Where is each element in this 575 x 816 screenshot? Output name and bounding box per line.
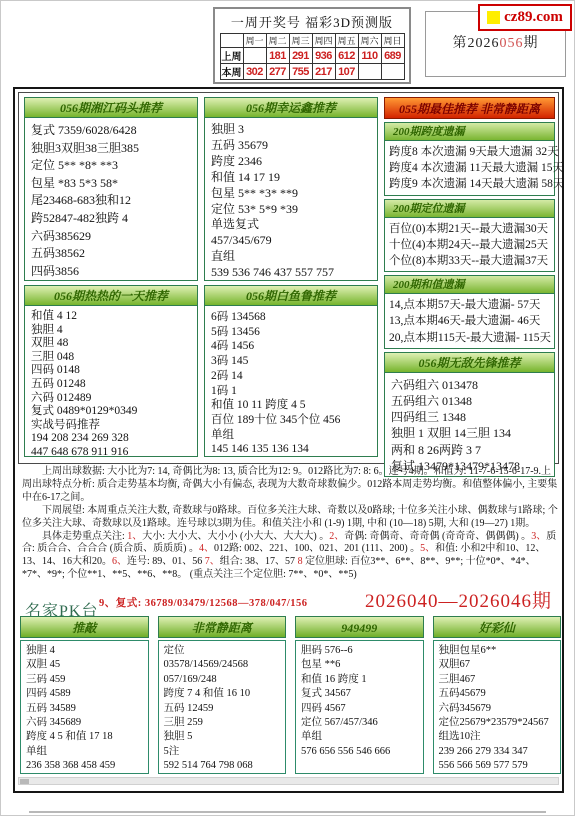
text-line: 592 514 764 798 068 [164, 759, 281, 773]
section-body: 百位(0)本期21天--最大遗漏30天十位(4)本期24天--最大遗漏25天个位… [385, 218, 554, 272]
text-line: 五码 35679 [211, 138, 371, 154]
text-line: 457/345/679 [211, 233, 371, 249]
box-xingyunxin: 056期幸运鑫推荐 独胆 3五码 35679跨度 2346和值 14 17 19… [204, 97, 378, 281]
analysis-paragraph: 上周出球数据: 大小比为7: 14, 奇偶比为8: 13, 质合比为12: 9。… [22, 466, 559, 505]
box-body: 6码 1345685码 134564码 14563码 1452码 141码 1和… [205, 306, 377, 457]
text-line: 十位(4)本期24天--最大遗漏25天 [389, 237, 550, 253]
text-line: 145 146 135 136 134 [211, 442, 371, 457]
experts-row: 推敲 独胆 4双胆 45三码 459四码 4589五码 34589六码 3456… [20, 616, 561, 774]
text-line: 单组 [26, 745, 143, 759]
table-cell [381, 64, 404, 80]
text-line: 四码组三 1348 [391, 409, 548, 425]
table-cell: 周一 [243, 34, 266, 48]
text-line: 五码组六 01348 [391, 393, 548, 409]
text-line: 独胆 4 [31, 324, 191, 338]
box-baiyulu: 056期白鱼鲁推荐 6码 1345685码 134564码 14563码 145… [204, 285, 378, 457]
text-line: 复式 34567 [301, 687, 418, 701]
column-right: 055期最佳推荐 非常静距离 200期跨度遗漏 跨度8 本次遗漏 9天最大遗漏 … [384, 97, 555, 481]
row-label: 本周 [220, 64, 243, 80]
text-line: 跨度4 本次遗漏 11天最大遗漏 15天 [389, 160, 550, 176]
text-line: 包星 5** *3* **9 [211, 186, 371, 202]
text-line: 六码385629 [31, 228, 191, 246]
table-cell: 周三 [289, 34, 312, 48]
text-segment: 6、 [112, 556, 127, 567]
text-segment: 012路: 002、221、100、021、201 (111、200) 。 [214, 543, 420, 554]
text-line: 5码 13456 [211, 325, 371, 340]
column-middle: 056期幸运鑫推荐 独胆 3五码 35679跨度 2346和值 14 17 19… [204, 97, 378, 461]
text-line: 五码45679 [439, 687, 556, 701]
text-line: 百位 189十位 345个位 456 [211, 413, 371, 428]
box-title: 056期湘江码头推荐 [25, 98, 197, 118]
main-frame: 056期湘江码头推荐 复式 7359/6028/6428独胆3双胆38三胆385… [13, 87, 564, 793]
scrollbar-thumb[interactable] [20, 779, 29, 784]
box-title: 056期白鱼鲁推荐 [205, 286, 377, 306]
text-line: 双胆 45 [26, 658, 143, 672]
row-label: 上周 [220, 48, 243, 64]
expert-body: 独胆包星6**双胆67三胆467五码45679六码345679定位25679*2… [433, 640, 562, 774]
text-line: 六码 345689 [26, 716, 143, 730]
text-line: 跨度 4 5 和值 17 18 [26, 730, 143, 744]
issue-range: 2026040—2026046期 [365, 586, 552, 613]
expert-body: 独胆 4双胆 45三码 459四码 4589五码 34589六码 345689跨… [20, 640, 149, 774]
weekly-results-title: 一周开奖号 福彩3D预测版 [218, 12, 406, 31]
text-line: 5注 [164, 745, 281, 759]
text-line: 539 536 746 437 557 757 [211, 265, 371, 281]
text-segment: 大小: 大小大、大小小 (小大大、大大大) 。 [142, 531, 329, 542]
text-line: 单组 [211, 428, 371, 443]
section-title: 200期跨度遗漏 [385, 123, 554, 141]
table-row-this-week: 本周 302277755217107 [220, 64, 404, 80]
text-line: 236 358 368 458 459 [26, 759, 143, 773]
table-cell: 181 [266, 48, 289, 64]
text-line: 独胆 3 [211, 122, 371, 138]
text-line: 双胆 48 [31, 337, 191, 351]
text-line: 和值 16 跨度 1 [301, 673, 418, 687]
text-segment: 2、 [329, 531, 344, 542]
section-sum-omission: 200期和值遗漏 14,点本期57天-最大遗漏- 57天13,点本期46天-最大… [384, 275, 555, 349]
text-line: 复式 7359/6028/6428 [31, 122, 191, 140]
box-body: 独胆 3五码 35679跨度 2346和值 14 17 19包星 5** *3*… [205, 118, 377, 281]
text-line: 057/169/248 [164, 673, 281, 687]
text-line: 单选复式 [211, 217, 371, 233]
text-line: 百位(0)本期21天--最大遗漏30天 [389, 221, 550, 237]
best-panel-title: 055期最佳推荐 非常静距离 [384, 97, 555, 119]
text-line: 五码 12459 [164, 702, 281, 716]
text-line: 四码 0148 [31, 364, 191, 378]
text-line: 三胆 259 [164, 716, 281, 730]
text-line: 556 566 569 577 579 [439, 759, 556, 773]
expert-body: 定位03578/14569/24568057/169/248跨度 7 4 和值 … [158, 640, 287, 774]
text-line: 个位(8)本期33天--最大遗漏37天 [389, 253, 550, 269]
text-line: 20,点本期115天-最大遗漏- 115天 [389, 330, 550, 346]
section-position-omission: 200期定位遗漏 百位(0)本期21天--最大遗漏30天十位(4)本期24天--… [384, 199, 555, 273]
issue-number: 第2026056期 [426, 32, 565, 52]
table-cell [243, 48, 266, 64]
table-cell: 周六 [358, 34, 381, 48]
text-line: 定位 [164, 644, 281, 658]
box-body: 和值 4 12独胆 4双胆 48三胆 048四码 0148五码 01248六码 … [25, 306, 197, 457]
section-span-omission: 200期跨度遗漏 跨度8 本次遗漏 9天最大遗漏 32天跨度4 本次遗漏 11天… [384, 122, 555, 196]
expert-box-feichangjingjuli: 非常静距离 定位03578/14569/24568057/169/248跨度 7… [158, 616, 287, 774]
analysis-text: 上周出球数据: 大小比为7: 14, 奇偶比为8: 13, 质合比为12: 9。… [22, 466, 559, 582]
text-line: 跨度9 本次遗漏 14天最大遗漏 58天 [389, 176, 550, 192]
analysis-paragraph: 下周展望: 本周重点关注大数, 奇数球与0路球。百位多关注大球、奇数以及0路球;… [22, 505, 559, 531]
text-line: 独胆 5 [164, 730, 281, 744]
text-segment: 奇偶: 奇偶奇、奇奇偶 (奇奇奇、偶偶偶) 。 [344, 531, 531, 542]
text-line: 直组 [211, 249, 371, 265]
expert-name: 好彩仙 [433, 616, 562, 638]
text-line: 单组 [301, 730, 418, 744]
logo-square-icon [487, 11, 500, 24]
bottom-divider [29, 811, 546, 813]
weekly-results-table: 周一周二周三周四周五周六周日 上周 181291936612110689 本周 … [220, 33, 405, 80]
box-rere: 056期热热的一天推荐 和值 4 12独胆 4双胆 48三胆 048四码 014… [24, 285, 198, 457]
text-line: 定位 5** *8* **3 [31, 157, 191, 175]
text-line: 独胆包星6** [439, 644, 556, 658]
text-segment: 1、 [127, 531, 142, 542]
text-line: 五码 01248 [31, 378, 191, 392]
box-xiangjiang: 056期湘江码头推荐 复式 7359/6028/6428独胆3双胆38三胆385… [24, 97, 198, 281]
text-line: 跨度8 本次遗漏 9天最大遗漏 32天 [389, 144, 550, 160]
text-line: 1码 1 [211, 384, 371, 399]
text-line: 四码 4589 [26, 687, 143, 701]
table-cell: 277 [266, 64, 289, 80]
table-cell: 110 [358, 48, 381, 64]
text-line: 六码 012489 [31, 392, 191, 406]
issue-prefix: 第2026 [453, 36, 500, 51]
text-line: 双胆67 [439, 658, 556, 672]
text-line: 576 656 556 546 666 [301, 745, 418, 759]
section-body: 跨度8 本次遗漏 9天最大遗漏 32天跨度4 本次遗漏 11天最大遗漏 15天跨… [385, 141, 554, 195]
text-segment: 下周展望: 本周重点关注大数, 奇数球与0路球。百位多关注大球、奇数以及0路球;… [22, 505, 558, 529]
expert-name: 非常静距离 [158, 616, 287, 638]
text-line: 胆码 576--6 [301, 644, 418, 658]
text-line: 三胆 048 [31, 351, 191, 365]
horizontal-scrollbar[interactable] [18, 777, 559, 785]
expert-box-haocaixian: 好彩仙 独胆包星6**双胆67三胆467五码45679六码345679定位256… [433, 616, 562, 774]
text-line: 包星 *83 5*3 58* [31, 175, 191, 193]
table-cell: 周日 [381, 34, 404, 48]
text-line: 跨度 2346 [211, 154, 371, 170]
text-line: 复式 0489*0129*0349 [31, 405, 191, 419]
text-line: 14,点本期57天-最大遗漏- 57天 [389, 297, 550, 313]
table-cell [358, 64, 381, 80]
text-line: 和值 10 11 跨度 4 5 [211, 398, 371, 413]
expert-box-tuiqiao: 推敲 独胆 4双胆 45三码 459四码 4589五码 34589六码 3456… [20, 616, 149, 774]
section-title: 200期和值遗漏 [385, 276, 554, 294]
table-cell: 107 [335, 64, 358, 80]
site-logo-text: cz89.com [504, 9, 563, 26]
text-line: 六码345679 [439, 702, 556, 716]
text-line: 三码 459 [26, 673, 143, 687]
box-body: 六码组六 013478五码组六 01348四码组三 1348独胆 1 双胆 14… [385, 373, 554, 476]
text-line: 独胆 1 双胆 14三胆 134 [391, 425, 548, 441]
table-cell: 689 [381, 48, 404, 64]
text-segment: 8 [298, 556, 306, 567]
table-row-days: 周一周二周三周四周五周六周日 [220, 34, 404, 48]
text-line: 独胆3双胆38三胆385 [31, 140, 191, 158]
text-line: 194 208 234 269 328 [31, 432, 191, 446]
text-line: 定位 567/457/346 [301, 716, 418, 730]
text-segment: 组合: 38、17、57 [220, 556, 298, 567]
text-segment: 上周出球数据: 大小比为7: 14, 奇偶比为8: 13, 质合比为12: 9。… [22, 466, 557, 503]
analysis-paragraph: 具体走势重点关注: 1、大小: 大小大、大小小 (小大大、大大大) 。2、奇偶:… [22, 531, 559, 583]
text-segment: 3、 [531, 531, 546, 542]
text-line: 239 266 279 334 347 [439, 745, 556, 759]
text-line: 和值 14 17 19 [211, 170, 371, 186]
text-line: 2码 14 [211, 369, 371, 384]
text-line: 定位25679*23579*24567 [439, 716, 556, 730]
column-left: 056期湘江码头推荐 复式 7359/6028/6428独胆3双胆38三胆385… [24, 97, 198, 461]
text-line: 六码组六 013478 [391, 377, 548, 393]
text-line: 3码 145 [211, 354, 371, 369]
text-line: 和值 4 12 [31, 310, 191, 324]
text-segment: 具体走势重点关注: [42, 531, 127, 542]
table-corner-cell [220, 34, 243, 48]
section-body: 14,点本期57天-最大遗漏- 57天13,点本期46天-最大遗漏- 46天20… [385, 294, 554, 348]
text-segment: 5、 [420, 543, 435, 554]
table-cell: 217 [312, 64, 335, 80]
fushi-line: 9、复式: 36789/03479/12568—378/047/156 [99, 595, 308, 610]
table-cell: 612 [335, 48, 358, 64]
table-row-last-week: 上周 181291936612110689 [220, 48, 404, 64]
text-segment: 4、 [199, 543, 214, 554]
table-cell: 302 [243, 64, 266, 80]
text-line: 五码 34589 [26, 702, 143, 716]
text-line: 包星 **6 [301, 658, 418, 672]
box-wudi: 056期无敌先锋推荐 六码组六 013478五码组六 01348四码组三 134… [384, 352, 555, 477]
text-line: 五码38562 [31, 245, 191, 263]
text-line: 组选10注 [439, 730, 556, 744]
box-title: 056期幸运鑫推荐 [205, 98, 377, 118]
table-cell: 周五 [335, 34, 358, 48]
text-line: 四码 4567 [301, 702, 418, 716]
text-line: 跨52847-482独跨 4 [31, 210, 191, 228]
table-cell: 936 [312, 48, 335, 64]
expert-box-949499: 949499 胆码 576--6包星 **6和值 16 跨度 1复式 34567… [295, 616, 424, 774]
table-cell: 周二 [266, 34, 289, 48]
text-line: 跨度 7 4 和值 16 10 [164, 687, 281, 701]
issue-suffix: 期 [524, 36, 539, 51]
text-line: 独胆 4 [26, 644, 143, 658]
weekly-results-panel: 一周开奖号 福彩3D预测版 周一周二周三周四周五周六周日 上周 18129193… [213, 7, 411, 84]
text-line: 03578/14569/24568 [164, 658, 281, 672]
expert-body: 胆码 576--6包星 **6和值 16 跨度 1复式 34567四码 4567… [295, 640, 424, 774]
text-line: 定位 53* 5*9 *39 [211, 202, 371, 218]
text-line: 4码 1456 [211, 339, 371, 354]
text-line: 三胆467 [439, 673, 556, 687]
table-cell: 周四 [312, 34, 335, 48]
text-segment: 7、 [205, 556, 220, 567]
text-line: 447 648 678 911 916 [31, 446, 191, 457]
section-title: 200期定位遗漏 [385, 200, 554, 218]
text-line: 两和 8 26两跨 3 7 [391, 442, 548, 458]
table-cell: 755 [289, 64, 312, 80]
text-segment: 连号: 89、01、56 [127, 556, 205, 567]
box-title: 056期无敌先锋推荐 [385, 353, 554, 373]
table-cell: 291 [289, 48, 312, 64]
expert-name: 推敲 [20, 616, 149, 638]
site-logo[interactable]: cz89.com [478, 4, 572, 31]
prediction-columns: 056期湘江码头推荐 复式 7359/6028/6428独胆3双胆38三胆385… [18, 92, 559, 464]
text-line: 实战号码推荐 [31, 419, 191, 433]
box-title: 056期热热的一天推荐 [25, 286, 197, 306]
box-body: 复式 7359/6028/6428独胆3双胆38三胆385定位 5** *8* … [25, 118, 197, 281]
text-line: 13,点本期46天-最大遗漏- 46天 [389, 313, 550, 329]
lottery-prediction-page: 一周开奖号 福彩3D预测版 周一周二周三周四周五周六周日 上周 18129193… [0, 0, 575, 816]
expert-name: 949499 [295, 616, 424, 638]
text-line: 6码 134568 [211, 310, 371, 325]
text-line: 四码3856 [31, 263, 191, 281]
text-line: 尾23468-683独和12 [31, 192, 191, 210]
issue-red-part: 056 [500, 36, 524, 51]
